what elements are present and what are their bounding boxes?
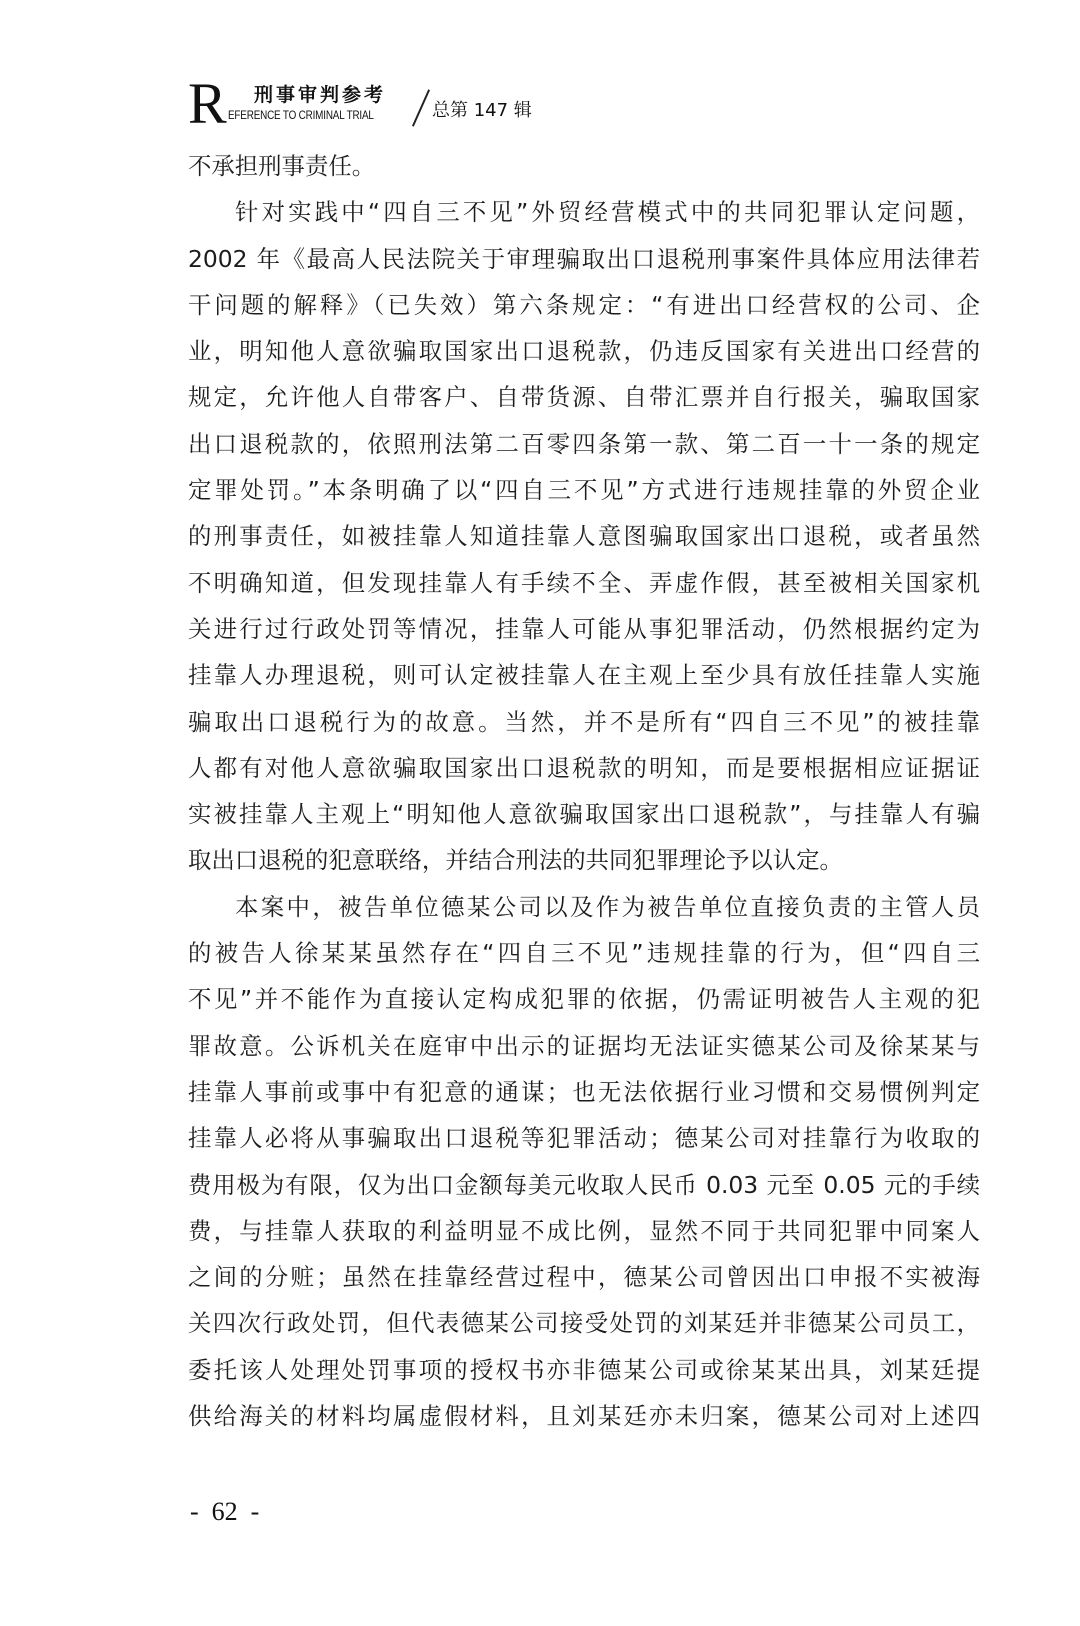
text-line: 不见”并不能作为直接认定构成犯罪的依据，仍需证明被告人主观的犯	[188, 976, 980, 1022]
text-line: 的刑事责任，如被挂靠人知道挂靠人意图骗取国家出口退税，或者虽然	[188, 513, 980, 559]
paragraph-start-line: 本案中，被告单位德某公司以及作为被告单位直接负责的主管人员	[188, 884, 980, 930]
journal-title-en: EFERENCE TO CRIMINAL TRIAL	[228, 110, 374, 122]
text-line: 定罪处罚。”本条明确了以“四自三不见”方式进行违规挂靠的外贸企业	[188, 467, 980, 513]
issue-number: 总第 147 辑	[432, 96, 532, 122]
text-line: 人都有对他人意欲骗取国家出口退税款的明知，而是要根据相应证据证	[188, 745, 980, 791]
text-line: 规定，允许他人自带客户、自带货源、自带汇票并自行报关，骗取国家	[188, 374, 980, 420]
page-number: - 62 -	[190, 1497, 259, 1527]
text-line: 关进行过行政处罚等情况，挂靠人可能从事犯罪活动，仍然根据约定为	[188, 606, 980, 652]
text-line: 关四次行政处罚，但代表德某公司接受处罚的刘某廷并非德某公司员工，	[188, 1300, 980, 1346]
text-line: 的被告人徐某某虽然存在“四自三不见”违规挂靠的行为，但“四自三	[188, 930, 980, 976]
running-header: R 刑事审判参考 EFERENCE TO CRIMINAL TRIAL 总第 1…	[188, 78, 748, 130]
text-line: 费用极为有限，仅为出口金额每美元收取人民币 0.03 元至 0.05 元的手续	[188, 1162, 980, 1208]
journal-title-cn: 刑事审判参考	[254, 80, 386, 107]
text-line: 之间的分赃；虽然在挂靠经营过程中，德某公司曾因出口申报不实被海	[188, 1254, 980, 1300]
text-line: 不明确知道，但发现挂靠人有手续不全、弄虚作假，甚至被相关国家机	[188, 560, 980, 606]
text-line: 实被挂靠人主观上“明知他人意欲骗取国家出口退税款”，与挂靠人有骗	[188, 791, 980, 837]
header-divider	[412, 89, 430, 126]
text-line: 2002 年《最高人民法院关于审理骗取出口退税刑事案件具体应用法律若	[188, 236, 980, 282]
text-line: 罪故意。公诉机关在庭审中出示的证据均无法证实德某公司及徐某某与	[188, 1023, 980, 1069]
text-line: 费，与挂靠人获取的利益明显不成比例，显然不同于共同犯罪中同案人	[188, 1208, 980, 1254]
text-line: 骗取出口退税行为的故意。当然，并不是所有“四自三不见”的被挂靠	[188, 699, 980, 745]
journal-logo-letter: R	[188, 78, 225, 130]
text-line: 挂靠人事前或事中有犯意的通谋；也无法依据行业习惯和交易惯例判定	[188, 1069, 980, 1115]
text-line: 不承担刑事责任。	[188, 143, 980, 189]
text-line: 取出口退税的犯意联络，并结合刑法的共同犯罪理论予以认定。	[188, 837, 980, 883]
text-line: 供给海关的材料均属虚假材料，且刘某廷亦未归案，德某公司对上述四	[188, 1393, 980, 1439]
text-line: 业，明知他人意欲骗取国家出口退税款，仍违反国家有关进出口经营的	[188, 328, 980, 374]
text-line: 干问题的解释》（已失效）第六条规定：“有进出口经营权的公司、企	[188, 282, 980, 328]
paragraph-start-line: 针对实践中“四自三不见”外贸经营模式中的共同犯罪认定问题，	[188, 189, 980, 235]
text-line: 委托该人处理处罚事项的授权书亦非德某公司或徐某某出具，刘某廷提	[188, 1347, 980, 1393]
text-line: 挂靠人必将从事骗取出口退税等犯罪活动；德某公司对挂靠行为收取的	[188, 1115, 980, 1161]
text-line: 出口退税款的，依照刑法第二百零四条第一款、第二百一十一条的规定	[188, 421, 980, 467]
text-line: 挂靠人办理退税，则可认定被挂靠人在主观上至少具有放任挂靠人实施	[188, 652, 980, 698]
body-text: 不承担刑事责任。 针对实践中“四自三不见”外贸经营模式中的共同犯罪认定问题， 2…	[188, 143, 980, 1439]
